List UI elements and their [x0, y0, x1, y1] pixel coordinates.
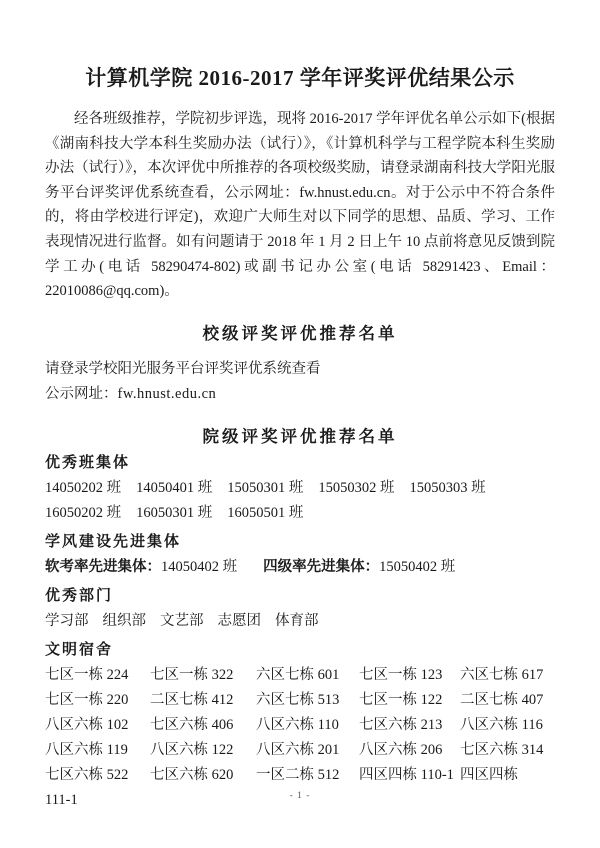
dorm-name: 七区六栋 314	[460, 738, 555, 763]
dorm-name: 六区七栋 601	[256, 663, 359, 688]
department-name: 文艺部	[160, 609, 204, 634]
dorm-name: 八区六栋 201	[256, 738, 359, 763]
study-style-line: 软考率先进集体：14050402 班四级率先进集体：15050402 班	[45, 555, 555, 580]
dorm-row: 八区六栋 102七区六栋 406八区六栋 110七区六栋 213八区六栋 116	[45, 713, 555, 738]
soft-exam-value: 14050402 班	[161, 559, 237, 575]
class-name: 15050303 班	[410, 476, 486, 501]
dorm-name: 六区七栋 617	[460, 663, 555, 688]
class-name: 16050301 班	[136, 501, 212, 526]
class-name: 15050301 班	[227, 476, 303, 501]
class-name: 14050401 班	[136, 476, 212, 501]
department-name: 体育部	[275, 609, 319, 634]
dorm-name: 七区一栋 122	[359, 688, 460, 713]
dorm-name: 八区六栋 119	[45, 738, 150, 763]
dorm-name: 七区六栋 406	[150, 713, 256, 738]
department-name: 组织部	[103, 609, 147, 634]
class-name: 14050202 班	[45, 476, 121, 501]
dorm-name: 二区七栋 412	[150, 688, 256, 713]
dorm-name: 七区一栋 220	[45, 688, 150, 713]
dorm-row: 七区一栋 220二区七栋 412六区七栋 513七区一栋 122二区七栋 407	[45, 688, 555, 713]
dorm-name: 一区二栋 512	[256, 763, 359, 788]
class-name: 15050302 班	[318, 476, 394, 501]
dorm-name: 八区六栋 102	[45, 713, 150, 738]
class-row: 16050202 班16050301 班16050501 班	[45, 501, 555, 526]
class-row: 14050202 班14050401 班15050301 班15050302 班…	[45, 476, 555, 501]
dorm-name: 八区六栋 122	[150, 738, 256, 763]
dorm-row: 七区六栋 522七区六栋 620一区二栋 512四区四栋 110-1四区四栋	[45, 763, 555, 788]
excellent-class-list: 14050202 班14050401 班15050301 班15050302 班…	[45, 476, 555, 526]
page-title: 计算机学院 2016-2017 学年评奖评优结果公示	[45, 62, 555, 94]
dorms-heading: 文明宿舍	[45, 638, 555, 663]
document-page: 计算机学院 2016-2017 学年评奖评优结果公示 经各班级推荐，学院初步评选…	[0, 0, 600, 848]
class-name: 16050501 班	[227, 501, 303, 526]
department-name: 学习部	[45, 609, 89, 634]
departments-heading: 优秀部门	[45, 584, 555, 609]
url-value: fw.hnust.edu.cn	[118, 386, 217, 402]
cet4-value: 15050402 班	[379, 559, 455, 575]
school-section-note: 请登录学校阳光服务平台评奖评优系统查看	[45, 357, 555, 382]
dorm-name: 八区六栋 206	[359, 738, 460, 763]
dorm-name: 七区六栋 213	[359, 713, 460, 738]
soft-exam-label: 软考率先进集体：	[45, 559, 161, 575]
dorm-name: 七区一栋 224	[45, 663, 150, 688]
dorm-name: 四区四栋 110-1	[359, 763, 460, 788]
department-row: 学习部组织部文艺部志愿团体育部	[45, 609, 555, 634]
dorm-name: 四区四栋	[460, 763, 555, 788]
class-name: 16050202 班	[45, 501, 121, 526]
dorm-name: 七区六栋 522	[45, 763, 150, 788]
dorm-name: 七区六栋 620	[150, 763, 256, 788]
dorm-name: 七区一栋 123	[359, 663, 460, 688]
cet4-label: 四级率先进集体：	[263, 559, 379, 575]
school-section-heading: 校级评奖评优推荐名单	[45, 324, 555, 344]
departments-list: 学习部组织部文艺部志愿团体育部	[45, 609, 555, 634]
department-name: 志愿团	[218, 609, 262, 634]
dorm-name: 八区六栋 116	[460, 713, 555, 738]
url-label: 公示网址：	[45, 386, 118, 402]
intro-paragraph: 经各班级推荐，学院初步评选，现将 2016-2017 学年评优名单公示如下(根据…	[45, 107, 555, 304]
college-section-heading: 院级评奖评优推荐名单	[45, 427, 555, 447]
dorm-name: 八区六栋 110	[256, 713, 359, 738]
dorm-row: 七区一栋 224七区一栋 322六区七栋 601七区一栋 123六区七栋 617	[45, 663, 555, 688]
excellent-class-heading: 优秀班集体	[45, 451, 555, 476]
dorm-name: 二区七栋 407	[460, 688, 555, 713]
school-section-url-line: 公示网址：fw.hnust.edu.cn	[45, 382, 555, 407]
dorm-name: 六区七栋 513	[256, 688, 359, 713]
study-style-heading: 学风建设先进集体	[45, 530, 555, 555]
page-number: - 1 -	[0, 791, 600, 801]
dorm-name: 七区一栋 322	[150, 663, 256, 688]
dorm-row: 八区六栋 119八区六栋 122八区六栋 201八区六栋 206七区六栋 314	[45, 738, 555, 763]
